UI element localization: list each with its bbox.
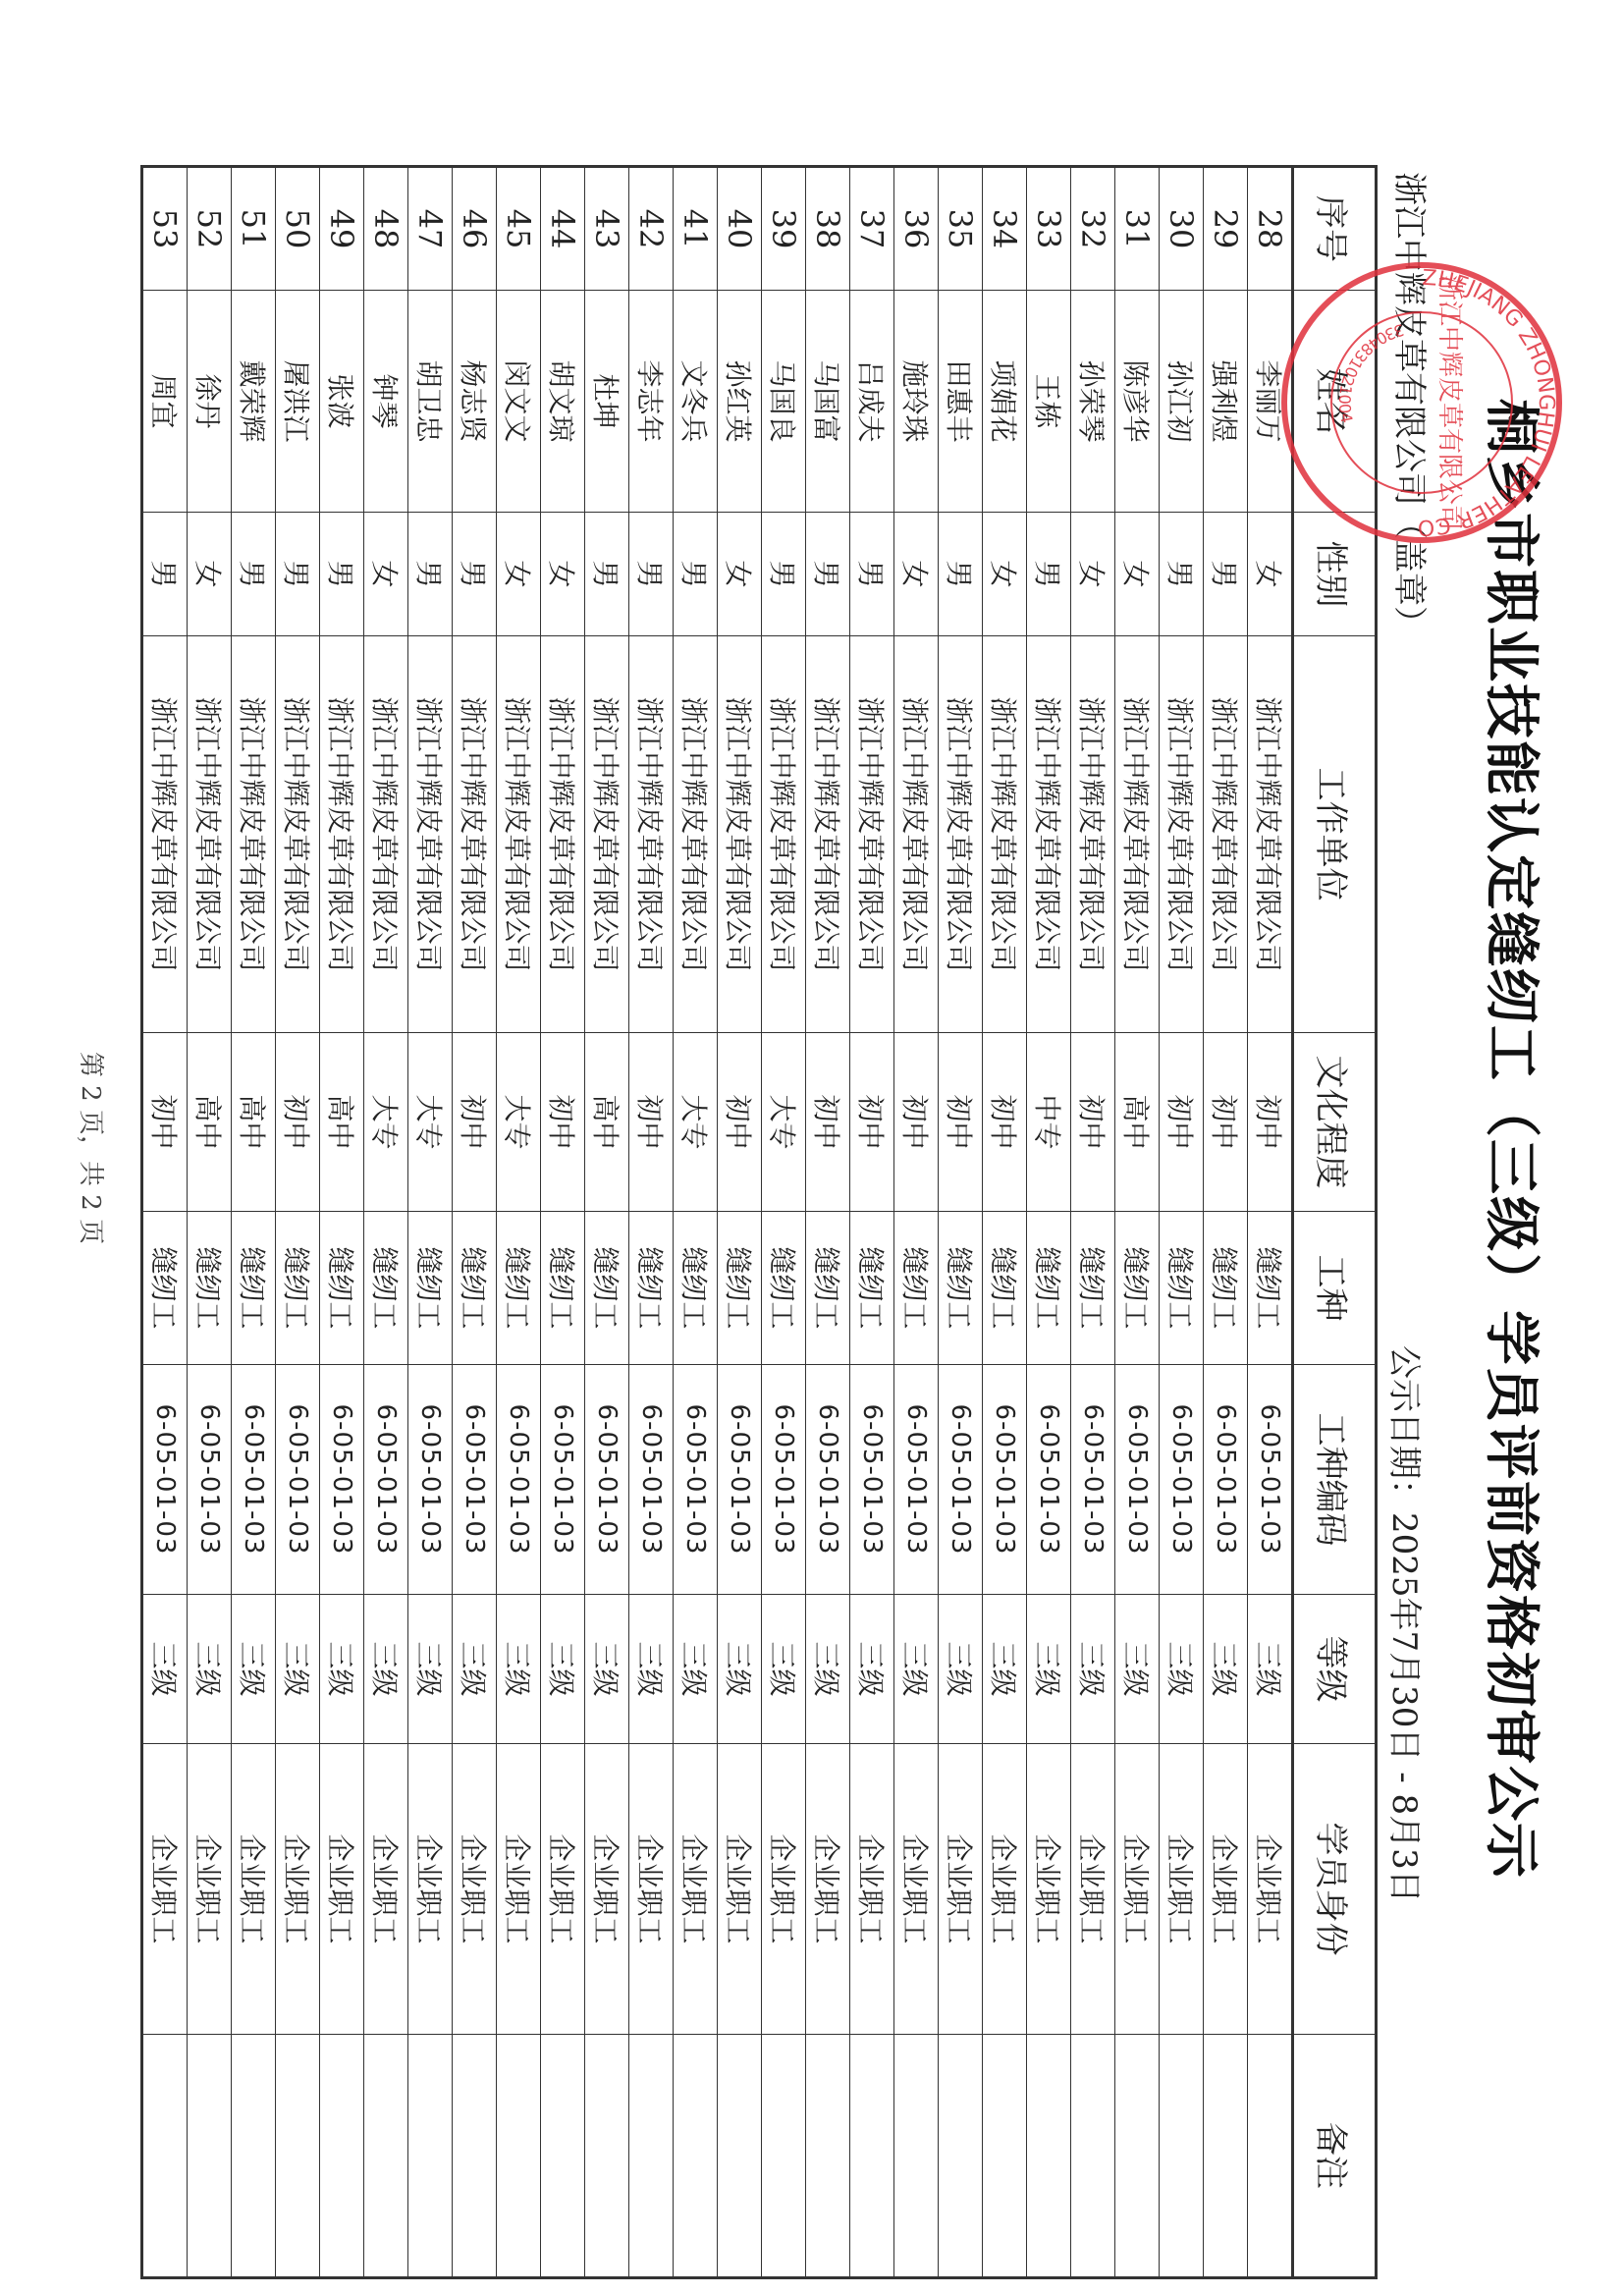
cell-sex: 男 bbox=[762, 513, 806, 636]
cell-note bbox=[1204, 2035, 1248, 2278]
cell-note bbox=[1071, 2035, 1115, 2278]
cell-education: 初中 bbox=[1204, 1033, 1248, 1212]
header-unit: 工作单位 bbox=[1293, 636, 1377, 1033]
cell-job: 缝纫工 bbox=[188, 1212, 232, 1365]
cell-education: 初中 bbox=[276, 1033, 320, 1212]
document-title: 桐乡市职业技能认定缝纫工（三级）学员评前资格初审公示 bbox=[1476, 255, 1554, 2023]
cell-identity: 企业职工 bbox=[453, 1744, 497, 2035]
cell-sex: 男 bbox=[674, 513, 718, 636]
cell-unit: 浙江中辉皮草有限公司 bbox=[585, 636, 629, 1033]
cell-note bbox=[188, 2035, 232, 2278]
publicity-date: 公示日期：2025年7月30日 - 8月3日 bbox=[1383, 1345, 1432, 1903]
table-row: 50屠洪江男浙江中辉皮草有限公司初中缝纫工6-05-01-03三级企业职工 bbox=[276, 167, 320, 2278]
cell-unit: 浙江中辉皮草有限公司 bbox=[232, 636, 276, 1033]
cell-job: 缝纫工 bbox=[276, 1212, 320, 1365]
cell-level: 三级 bbox=[232, 1595, 276, 1744]
cell-level: 三级 bbox=[1115, 1595, 1160, 1744]
cell-job-code: 6-05-01-03 bbox=[142, 1365, 188, 1595]
cell-name: 吕成夫 bbox=[850, 291, 894, 513]
company-seal-line: 浙江中辉皮草有限公司（盖章） bbox=[1388, 172, 1436, 639]
cell-name: 强利煜 bbox=[1204, 291, 1248, 513]
cell-identity: 企业职工 bbox=[1204, 1744, 1248, 2035]
cell-job: 缝纫工 bbox=[142, 1212, 188, 1365]
date-value: 2025年7月30日 - 8月3日 bbox=[1384, 1512, 1424, 1903]
cell-job-code: 6-05-01-03 bbox=[276, 1365, 320, 1595]
cell-identity: 企业职工 bbox=[983, 1744, 1027, 2035]
cell-job-code: 6-05-01-03 bbox=[1204, 1365, 1248, 1595]
cell-note bbox=[453, 2035, 497, 2278]
cell-identity: 企业职工 bbox=[1027, 1744, 1071, 2035]
table-row: 30孙江初男浙江中辉皮草有限公司初中缝纫工6-05-01-03三级企业职工 bbox=[1160, 167, 1204, 2278]
cell-job: 缝纫工 bbox=[1027, 1212, 1071, 1365]
cell-no: 43 bbox=[585, 167, 629, 291]
cell-job-code: 6-05-01-03 bbox=[453, 1365, 497, 1595]
cell-note bbox=[276, 2035, 320, 2278]
cell-unit: 浙江中辉皮草有限公司 bbox=[364, 636, 408, 1033]
cell-identity: 企业职工 bbox=[188, 1744, 232, 2035]
cell-note bbox=[320, 2035, 364, 2278]
cell-level: 三级 bbox=[939, 1595, 983, 1744]
cell-education: 高中 bbox=[188, 1033, 232, 1212]
cell-identity: 企业职工 bbox=[1115, 1744, 1160, 2035]
cell-level: 三级 bbox=[1204, 1595, 1248, 1744]
cell-unit: 浙江中辉皮草有限公司 bbox=[983, 636, 1027, 1033]
cell-unit: 浙江中辉皮草有限公司 bbox=[541, 636, 585, 1033]
cell-level: 三级 bbox=[188, 1595, 232, 1744]
cell-identity: 企业职工 bbox=[629, 1744, 674, 2035]
table-row: 44胡文琼女浙江中辉皮草有限公司初中缝纫工6-05-01-03三级企业职工 bbox=[541, 167, 585, 2278]
cell-sex: 女 bbox=[894, 513, 939, 636]
cell-level: 三级 bbox=[718, 1595, 762, 1744]
cell-job: 缝纫工 bbox=[1071, 1212, 1115, 1365]
cell-level: 三级 bbox=[408, 1595, 453, 1744]
cell-name: 胡卫忠 bbox=[408, 291, 453, 513]
cell-job-code: 6-05-01-03 bbox=[232, 1365, 276, 1595]
cell-name: 马国富 bbox=[806, 291, 850, 513]
cell-no: 28 bbox=[1248, 167, 1293, 291]
cell-no: 30 bbox=[1160, 167, 1204, 291]
cell-note bbox=[408, 2035, 453, 2278]
cell-unit: 浙江中辉皮草有限公司 bbox=[1071, 636, 1115, 1033]
cell-name: 孙江初 bbox=[1160, 291, 1204, 513]
cell-education: 初中 bbox=[629, 1033, 674, 1212]
cell-no: 34 bbox=[983, 167, 1027, 291]
page-footer: 第 2 页，共 2 页 bbox=[75, 0, 111, 2296]
cell-education: 初中 bbox=[1071, 1033, 1115, 1212]
cell-name: 马国良 bbox=[762, 291, 806, 513]
header-name: 姓名 bbox=[1293, 291, 1377, 513]
cell-job: 缝纫工 bbox=[850, 1212, 894, 1365]
cell-level: 三级 bbox=[497, 1595, 541, 1744]
cell-unit: 浙江中辉皮草有限公司 bbox=[718, 636, 762, 1033]
cell-job: 缝纫工 bbox=[1204, 1212, 1248, 1365]
cell-name: 孙红英 bbox=[718, 291, 762, 513]
cell-no: 31 bbox=[1115, 167, 1160, 291]
cell-no: 42 bbox=[629, 167, 674, 291]
cell-no: 46 bbox=[453, 167, 497, 291]
cell-no: 47 bbox=[408, 167, 453, 291]
cell-unit: 浙江中辉皮草有限公司 bbox=[453, 636, 497, 1033]
cell-education: 大专 bbox=[674, 1033, 718, 1212]
cell-identity: 企业职工 bbox=[232, 1744, 276, 2035]
cell-job-code: 6-05-01-03 bbox=[939, 1365, 983, 1595]
cell-sex: 男 bbox=[276, 513, 320, 636]
cell-sex: 男 bbox=[629, 513, 674, 636]
cell-unit: 浙江中辉皮草有限公司 bbox=[1160, 636, 1204, 1033]
cell-education: 大专 bbox=[762, 1033, 806, 1212]
cell-note bbox=[541, 2035, 585, 2278]
cell-job: 缝纫工 bbox=[1115, 1212, 1160, 1365]
cell-job-code: 6-05-01-03 bbox=[718, 1365, 762, 1595]
cell-note bbox=[806, 2035, 850, 2278]
cell-name: 陈彦华 bbox=[1115, 291, 1160, 513]
cell-identity: 企业职工 bbox=[850, 1744, 894, 2035]
cell-note bbox=[629, 2035, 674, 2278]
cell-level: 三级 bbox=[364, 1595, 408, 1744]
cell-unit: 浙江中辉皮草有限公司 bbox=[1204, 636, 1248, 1033]
table-row: 35田惠丰男浙江中辉皮草有限公司初中缝纫工6-05-01-03三级企业职工 bbox=[939, 167, 983, 2278]
cell-unit: 浙江中辉皮草有限公司 bbox=[762, 636, 806, 1033]
cell-level: 三级 bbox=[806, 1595, 850, 1744]
cell-note bbox=[1027, 2035, 1071, 2278]
cell-identity: 企业职工 bbox=[408, 1744, 453, 2035]
cell-note bbox=[939, 2035, 983, 2278]
cell-sex: 男 bbox=[806, 513, 850, 636]
table-row: 39马国良男浙江中辉皮草有限公司大专缝纫工6-05-01-03三级企业职工 bbox=[762, 167, 806, 2278]
cell-note bbox=[1115, 2035, 1160, 2278]
cell-sex: 男 bbox=[850, 513, 894, 636]
cell-job: 缝纫工 bbox=[453, 1212, 497, 1365]
cell-identity: 企业职工 bbox=[674, 1744, 718, 2035]
cell-identity: 企业职工 bbox=[718, 1744, 762, 2035]
table-row: 29强利煜男浙江中辉皮草有限公司初中缝纫工6-05-01-03三级企业职工 bbox=[1204, 167, 1248, 2278]
cell-note bbox=[1248, 2035, 1293, 2278]
cell-unit: 浙江中辉皮草有限公司 bbox=[939, 636, 983, 1033]
cell-unit: 浙江中辉皮草有限公司 bbox=[1027, 636, 1071, 1033]
cell-identity: 企业职工 bbox=[1248, 1744, 1293, 2035]
cell-education: 初中 bbox=[850, 1033, 894, 1212]
table-row: 52徐丹女浙江中辉皮草有限公司高中缝纫工6-05-01-03三级企业职工 bbox=[188, 167, 232, 2278]
table-body: 28李丽万女浙江中辉皮草有限公司初中缝纫工6-05-01-03三级企业职工29强… bbox=[142, 167, 1293, 2278]
header-sex: 性别 bbox=[1293, 513, 1377, 636]
table-row: 53周宜男浙江中辉皮草有限公司初中缝纫工6-05-01-03三级企业职工 bbox=[142, 167, 188, 2278]
cell-name: 戴荣辉 bbox=[232, 291, 276, 513]
cell-unit: 浙江中辉皮草有限公司 bbox=[674, 636, 718, 1033]
cell-sex: 男 bbox=[585, 513, 629, 636]
table-row: 48钟琴女浙江中辉皮草有限公司大专缝纫工6-05-01-03三级企业职工 bbox=[364, 167, 408, 2278]
cell-job-code: 6-05-01-03 bbox=[1115, 1365, 1160, 1595]
cell-job: 缝纫工 bbox=[364, 1212, 408, 1365]
cell-identity: 企业职工 bbox=[364, 1744, 408, 2035]
cell-level: 三级 bbox=[1071, 1595, 1115, 1744]
cell-no: 39 bbox=[762, 167, 806, 291]
header-education: 文化程度 bbox=[1293, 1033, 1377, 1212]
cell-name: 周宜 bbox=[142, 291, 188, 513]
header-level: 等级 bbox=[1293, 1595, 1377, 1744]
cell-name: 王栋 bbox=[1027, 291, 1071, 513]
cell-unit: 浙江中辉皮草有限公司 bbox=[629, 636, 674, 1033]
cell-job: 缝纫工 bbox=[939, 1212, 983, 1365]
cell-education: 初中 bbox=[983, 1033, 1027, 1212]
cell-education: 大专 bbox=[364, 1033, 408, 1212]
cell-level: 三级 bbox=[142, 1595, 188, 1744]
cell-identity: 企业职工 bbox=[939, 1744, 983, 2035]
cell-identity: 企业职工 bbox=[276, 1744, 320, 2035]
cell-education: 初中 bbox=[453, 1033, 497, 1212]
cell-sex: 男 bbox=[232, 513, 276, 636]
table-row: 46杨志贤男浙江中辉皮草有限公司初中缝纫工6-05-01-03三级企业职工 bbox=[453, 167, 497, 2278]
table-row: 42李志年男浙江中辉皮草有限公司初中缝纫工6-05-01-03三级企业职工 bbox=[629, 167, 674, 2278]
cell-note bbox=[232, 2035, 276, 2278]
cell-job: 缝纫工 bbox=[806, 1212, 850, 1365]
cell-sex: 男 bbox=[1160, 513, 1204, 636]
cell-unit: 浙江中辉皮草有限公司 bbox=[142, 636, 188, 1033]
cell-unit: 浙江中辉皮草有限公司 bbox=[497, 636, 541, 1033]
cell-level: 三级 bbox=[1027, 1595, 1071, 1744]
cell-education: 高中 bbox=[1115, 1033, 1160, 1212]
cell-job: 缝纫工 bbox=[983, 1212, 1027, 1365]
cell-job: 缝纫工 bbox=[232, 1212, 276, 1365]
cell-job: 缝纫工 bbox=[629, 1212, 674, 1365]
cell-job: 缝纫工 bbox=[320, 1212, 364, 1365]
cell-no: 45 bbox=[497, 167, 541, 291]
cell-level: 三级 bbox=[453, 1595, 497, 1744]
cell-no: 35 bbox=[939, 167, 983, 291]
cell-note bbox=[894, 2035, 939, 2278]
table-row: 45闵文文女浙江中辉皮草有限公司大专缝纫工6-05-01-03三级企业职工 bbox=[497, 167, 541, 2278]
cell-sex: 男 bbox=[142, 513, 188, 636]
cell-no: 51 bbox=[232, 167, 276, 291]
cell-name: 孙荣琴 bbox=[1071, 291, 1115, 513]
cell-job-code: 6-05-01-03 bbox=[541, 1365, 585, 1595]
cell-job: 缝纫工 bbox=[541, 1212, 585, 1365]
cell-job-code: 6-05-01-03 bbox=[983, 1365, 1027, 1595]
cell-unit: 浙江中辉皮草有限公司 bbox=[894, 636, 939, 1033]
cell-sex: 女 bbox=[188, 513, 232, 636]
cell-education: 初中 bbox=[541, 1033, 585, 1212]
cell-level: 三级 bbox=[320, 1595, 364, 1744]
cell-note bbox=[762, 2035, 806, 2278]
cell-job: 缝纫工 bbox=[718, 1212, 762, 1365]
cell-level: 三级 bbox=[983, 1595, 1027, 1744]
cell-level: 三级 bbox=[629, 1595, 674, 1744]
cell-name: 项娟花 bbox=[983, 291, 1027, 513]
cell-education: 大专 bbox=[497, 1033, 541, 1212]
cell-identity: 企业职工 bbox=[806, 1744, 850, 2035]
cell-name: 文冬兵 bbox=[674, 291, 718, 513]
cell-sex: 女 bbox=[983, 513, 1027, 636]
cell-education: 初中 bbox=[806, 1033, 850, 1212]
cell-note bbox=[142, 2035, 188, 2278]
cell-note bbox=[674, 2035, 718, 2278]
cell-job-code: 6-05-01-03 bbox=[1248, 1365, 1293, 1595]
cell-unit: 浙江中辉皮草有限公司 bbox=[806, 636, 850, 1033]
cell-job-code: 6-05-01-03 bbox=[1071, 1365, 1115, 1595]
table-row: 41文冬兵男浙江中辉皮草有限公司大专缝纫工6-05-01-03三级企业职工 bbox=[674, 167, 718, 2278]
cell-sex: 女 bbox=[541, 513, 585, 636]
cell-education: 初中 bbox=[894, 1033, 939, 1212]
cell-education: 高中 bbox=[320, 1033, 364, 1212]
cell-no: 33 bbox=[1027, 167, 1071, 291]
table-row: 33王栋男浙江中辉皮草有限公司中专缝纫工6-05-01-03三级企业职工 bbox=[1027, 167, 1071, 2278]
cell-job: 缝纫工 bbox=[674, 1212, 718, 1365]
cell-job-code: 6-05-01-03 bbox=[1027, 1365, 1071, 1595]
cell-education: 高中 bbox=[232, 1033, 276, 1212]
cell-no: 48 bbox=[364, 167, 408, 291]
cell-no: 38 bbox=[806, 167, 850, 291]
header-note: 备注 bbox=[1293, 2035, 1377, 2278]
table-row: 38马国富男浙江中辉皮草有限公司初中缝纫工6-05-01-03三级企业职工 bbox=[806, 167, 850, 2278]
cell-job-code: 6-05-01-03 bbox=[497, 1365, 541, 1595]
cell-no: 41 bbox=[674, 167, 718, 291]
cell-no: 40 bbox=[718, 167, 762, 291]
rotated-document-page: 桐乡市职业技能认定缝纫工（三级）学员评前资格初审公示 浙江中辉皮草有限公司（盖章… bbox=[0, 0, 1623, 2296]
cell-level: 三级 bbox=[762, 1595, 806, 1744]
cell-no: 52 bbox=[188, 167, 232, 291]
cell-name: 田惠丰 bbox=[939, 291, 983, 513]
cell-level: 三级 bbox=[850, 1595, 894, 1744]
cell-identity: 企业职工 bbox=[1071, 1744, 1115, 2035]
table-row: 28李丽万女浙江中辉皮草有限公司初中缝纫工6-05-01-03三级企业职工 bbox=[1248, 167, 1293, 2278]
cell-name: 杨志贤 bbox=[453, 291, 497, 513]
cell-sex: 女 bbox=[1071, 513, 1115, 636]
cell-job-code: 6-05-01-03 bbox=[364, 1365, 408, 1595]
cell-job-code: 6-05-01-03 bbox=[585, 1365, 629, 1595]
cell-job-code: 6-05-01-03 bbox=[674, 1365, 718, 1595]
cell-no: 29 bbox=[1204, 167, 1248, 291]
cell-education: 初中 bbox=[939, 1033, 983, 1212]
cell-note bbox=[718, 2035, 762, 2278]
cell-identity: 企业职工 bbox=[541, 1744, 585, 2035]
cell-identity: 企业职工 bbox=[762, 1744, 806, 2035]
cell-job-code: 6-05-01-03 bbox=[1160, 1365, 1204, 1595]
cell-sex: 女 bbox=[1115, 513, 1160, 636]
cell-job-code: 6-05-01-03 bbox=[629, 1365, 674, 1595]
cell-job: 缝纫工 bbox=[894, 1212, 939, 1365]
cell-no: 37 bbox=[850, 167, 894, 291]
cell-level: 三级 bbox=[541, 1595, 585, 1744]
cell-level: 三级 bbox=[894, 1595, 939, 1744]
cell-name: 杜坤 bbox=[585, 291, 629, 513]
cell-job: 缝纫工 bbox=[497, 1212, 541, 1365]
cell-name: 徐丹 bbox=[188, 291, 232, 513]
cell-job-code: 6-05-01-03 bbox=[850, 1365, 894, 1595]
table-row: 43杜坤男浙江中辉皮草有限公司高中缝纫工6-05-01-03三级企业职工 bbox=[585, 167, 629, 2278]
cell-job-code: 6-05-01-03 bbox=[806, 1365, 850, 1595]
cell-level: 三级 bbox=[1160, 1595, 1204, 1744]
table-row: 47胡卫忠男浙江中辉皮草有限公司大专缝纫工6-05-01-03三级企业职工 bbox=[408, 167, 453, 2278]
cell-identity: 企业职工 bbox=[585, 1744, 629, 2035]
cell-note bbox=[364, 2035, 408, 2278]
cell-identity: 企业职工 bbox=[142, 1744, 188, 2035]
cell-sex: 男 bbox=[408, 513, 453, 636]
cell-no: 50 bbox=[276, 167, 320, 291]
date-label: 公示日期： bbox=[1384, 1345, 1424, 1512]
cell-sex: 男 bbox=[320, 513, 364, 636]
cell-no: 49 bbox=[320, 167, 364, 291]
cell-name: 钟琴 bbox=[364, 291, 408, 513]
table-row: 31陈彦华女浙江中辉皮草有限公司高中缝纫工6-05-01-03三级企业职工 bbox=[1115, 167, 1160, 2278]
cell-sex: 男 bbox=[453, 513, 497, 636]
cell-sex: 女 bbox=[497, 513, 541, 636]
stamp-chinese-text: 浙江中辉皮草有限公司 bbox=[1434, 275, 1464, 530]
cell-level: 三级 bbox=[1248, 1595, 1293, 1744]
cell-identity: 企业职工 bbox=[497, 1744, 541, 2035]
cell-no: 32 bbox=[1071, 167, 1115, 291]
header-job: 工种 bbox=[1293, 1212, 1377, 1365]
cell-sex: 女 bbox=[364, 513, 408, 636]
cell-name: 李丽万 bbox=[1248, 291, 1293, 513]
table-header-row: 序号 姓名 性别 工作单位 文化程度 工种 工种编码 等级 学员身份 备注 bbox=[1293, 167, 1377, 2278]
cell-identity: 企业职工 bbox=[320, 1744, 364, 2035]
cell-name: 胡文琼 bbox=[541, 291, 585, 513]
cell-name: 张波 bbox=[320, 291, 364, 513]
cell-sex: 男 bbox=[939, 513, 983, 636]
cell-no: 53 bbox=[142, 167, 188, 291]
cell-job: 缝纫工 bbox=[1248, 1212, 1293, 1365]
cell-sex: 女 bbox=[1248, 513, 1293, 636]
cell-unit: 浙江中辉皮草有限公司 bbox=[188, 636, 232, 1033]
cell-sex: 男 bbox=[1027, 513, 1071, 636]
cell-job-code: 6-05-01-03 bbox=[408, 1365, 453, 1595]
table-row: 40孙红英女浙江中辉皮草有限公司初中缝纫工6-05-01-03三级企业职工 bbox=[718, 167, 762, 2278]
cell-job-code: 6-05-01-03 bbox=[188, 1365, 232, 1595]
cell-education: 大专 bbox=[408, 1033, 453, 1212]
cell-name: 屠洪江 bbox=[276, 291, 320, 513]
cell-note bbox=[850, 2035, 894, 2278]
cell-identity: 企业职工 bbox=[1160, 1744, 1204, 2035]
header-job-code: 工种编码 bbox=[1293, 1365, 1377, 1595]
table-row: 34项娟花女浙江中辉皮草有限公司初中缝纫工6-05-01-03三级企业职工 bbox=[983, 167, 1027, 2278]
header-identity: 学员身份 bbox=[1293, 1744, 1377, 2035]
cell-note bbox=[983, 2035, 1027, 2278]
cell-education: 初中 bbox=[1160, 1033, 1204, 1212]
cell-sex: 男 bbox=[1204, 513, 1248, 636]
table-row: 49张波男浙江中辉皮草有限公司高中缝纫工6-05-01-03三级企业职工 bbox=[320, 167, 364, 2278]
table-row: 32孙荣琴女浙江中辉皮草有限公司初中缝纫工6-05-01-03三级企业职工 bbox=[1071, 167, 1115, 2278]
cell-name: 李志年 bbox=[629, 291, 674, 513]
table-row: 51戴荣辉男浙江中辉皮草有限公司高中缝纫工6-05-01-03三级企业职工 bbox=[232, 167, 276, 2278]
cell-level: 三级 bbox=[585, 1595, 629, 1744]
table-row: 37吕成夫男浙江中辉皮草有限公司初中缝纫工6-05-01-03三级企业职工 bbox=[850, 167, 894, 2278]
cell-education: 中专 bbox=[1027, 1033, 1071, 1212]
cell-job: 缝纫工 bbox=[585, 1212, 629, 1365]
cell-level: 三级 bbox=[276, 1595, 320, 1744]
cell-job-code: 6-05-01-03 bbox=[762, 1365, 806, 1595]
cell-unit: 浙江中辉皮草有限公司 bbox=[850, 636, 894, 1033]
cell-job-code: 6-05-01-03 bbox=[894, 1365, 939, 1595]
cell-note bbox=[585, 2035, 629, 2278]
cell-no: 44 bbox=[541, 167, 585, 291]
cell-name: 施玲珠 bbox=[894, 291, 939, 513]
cell-sex: 女 bbox=[718, 513, 762, 636]
cell-job: 缝纫工 bbox=[762, 1212, 806, 1365]
cell-education: 高中 bbox=[585, 1033, 629, 1212]
cell-job: 缝纫工 bbox=[408, 1212, 453, 1365]
cell-unit: 浙江中辉皮草有限公司 bbox=[1115, 636, 1160, 1033]
cell-identity: 企业职工 bbox=[894, 1744, 939, 2035]
cell-unit: 浙江中辉皮草有限公司 bbox=[276, 636, 320, 1033]
cell-level: 三级 bbox=[674, 1595, 718, 1744]
cell-job: 缝纫工 bbox=[1160, 1212, 1204, 1365]
cell-education: 初中 bbox=[718, 1033, 762, 1212]
cell-education: 初中 bbox=[1248, 1033, 1293, 1212]
cell-note bbox=[497, 2035, 541, 2278]
cell-unit: 浙江中辉皮草有限公司 bbox=[408, 636, 453, 1033]
cell-job-code: 6-05-01-03 bbox=[320, 1365, 364, 1595]
cell-education: 初中 bbox=[142, 1033, 188, 1212]
cell-note bbox=[1160, 2035, 1204, 2278]
